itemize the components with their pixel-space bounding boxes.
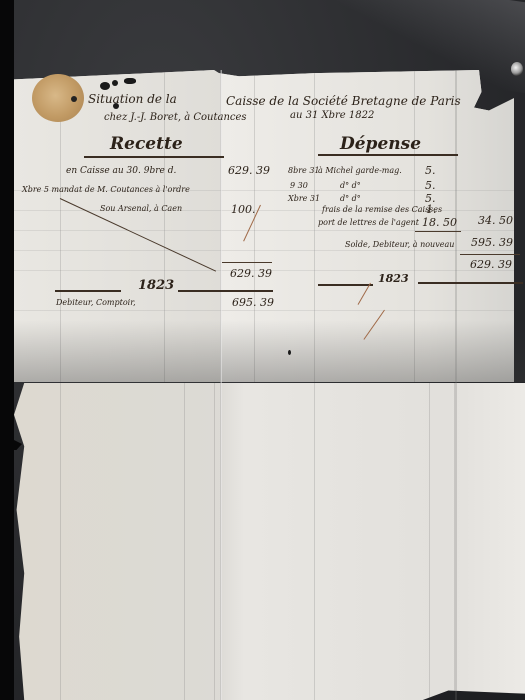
expense-label: d° d° xyxy=(340,181,361,190)
lower-leaf xyxy=(14,383,525,700)
total-rule xyxy=(222,262,272,263)
rule-line xyxy=(14,310,514,311)
expense-subtotal: 595. 39 xyxy=(471,236,513,249)
rule-line xyxy=(184,383,185,700)
receipt-amount: 100. xyxy=(231,203,256,216)
expense-amount: 5. xyxy=(425,164,436,177)
rule-line xyxy=(254,70,255,382)
expense-total: 629. 39 xyxy=(470,258,512,271)
heading-underline xyxy=(84,156,224,158)
receipt-label: en Caisse au 30. 9bre d. xyxy=(66,166,176,176)
right-fold xyxy=(455,70,457,700)
carry-amount: 695. 39 xyxy=(232,296,274,309)
expense-amount: 18. 50 xyxy=(422,216,457,229)
total-rule xyxy=(460,254,520,255)
rule-line xyxy=(314,383,315,700)
subtotal-rule xyxy=(415,231,461,232)
expense-date: 8bre 31 xyxy=(288,166,320,175)
expense-label: d° d° xyxy=(340,194,361,203)
rule-line xyxy=(14,250,514,251)
header-line2-right: au 31 Xbre 1822 xyxy=(290,110,374,121)
expense-label: frais de la remise des Caisses xyxy=(322,205,442,214)
receipt-label: Xbre 5 mandat de M. Coutances à l'ordre xyxy=(22,185,190,194)
header-line1-right: Caisse de la Société Bretagne de Paris xyxy=(226,94,461,108)
ink-blot xyxy=(112,80,118,86)
paper-tear xyxy=(14,440,22,450)
expense-year: 1823 xyxy=(378,272,409,285)
year-rule xyxy=(318,284,373,286)
ink-blot xyxy=(124,78,136,84)
rule-line xyxy=(214,383,215,700)
screw-icon xyxy=(511,62,523,76)
expense-label: port de lettres de l'agent xyxy=(318,218,419,227)
background-edge xyxy=(0,0,14,700)
rule-line xyxy=(429,383,430,700)
receipts-heading: Recette xyxy=(110,134,183,154)
expense-amount: 5. xyxy=(425,179,436,192)
ink-speck xyxy=(288,350,291,355)
center-fold xyxy=(220,70,222,700)
expense-date: 9 30 xyxy=(290,181,308,190)
expense-date: Xbre 31 xyxy=(288,194,320,203)
header-line2-left: chez J.-J. Boret, à Coutances xyxy=(104,112,247,123)
year-rule xyxy=(418,282,523,284)
carry-label: Debiteur, Comptoir, xyxy=(56,298,136,307)
year-rule xyxy=(55,290,121,292)
rule-line xyxy=(60,383,61,700)
header-line1-left: Situation de la xyxy=(88,92,177,106)
receipt-year: 1823 xyxy=(138,278,174,293)
expense-subtotal: 34. 50 xyxy=(478,214,513,227)
expense-amount: 1. xyxy=(426,203,437,216)
year-rule xyxy=(178,290,273,292)
heading-underline xyxy=(318,154,458,156)
receipt-total: 629. 39 xyxy=(230,267,272,280)
receipt-label-2: Sou Arsenal, à Caen xyxy=(100,204,182,213)
expense-label: à Michel garde-mag. xyxy=(318,166,402,175)
seal-hole xyxy=(71,96,77,102)
ink-blot xyxy=(100,82,110,90)
expense-label: Solde, Debiteur, à nouveau xyxy=(345,240,454,249)
expenses-heading: Dépense xyxy=(340,134,421,154)
receipt-amount: 629. 39 xyxy=(228,164,270,177)
